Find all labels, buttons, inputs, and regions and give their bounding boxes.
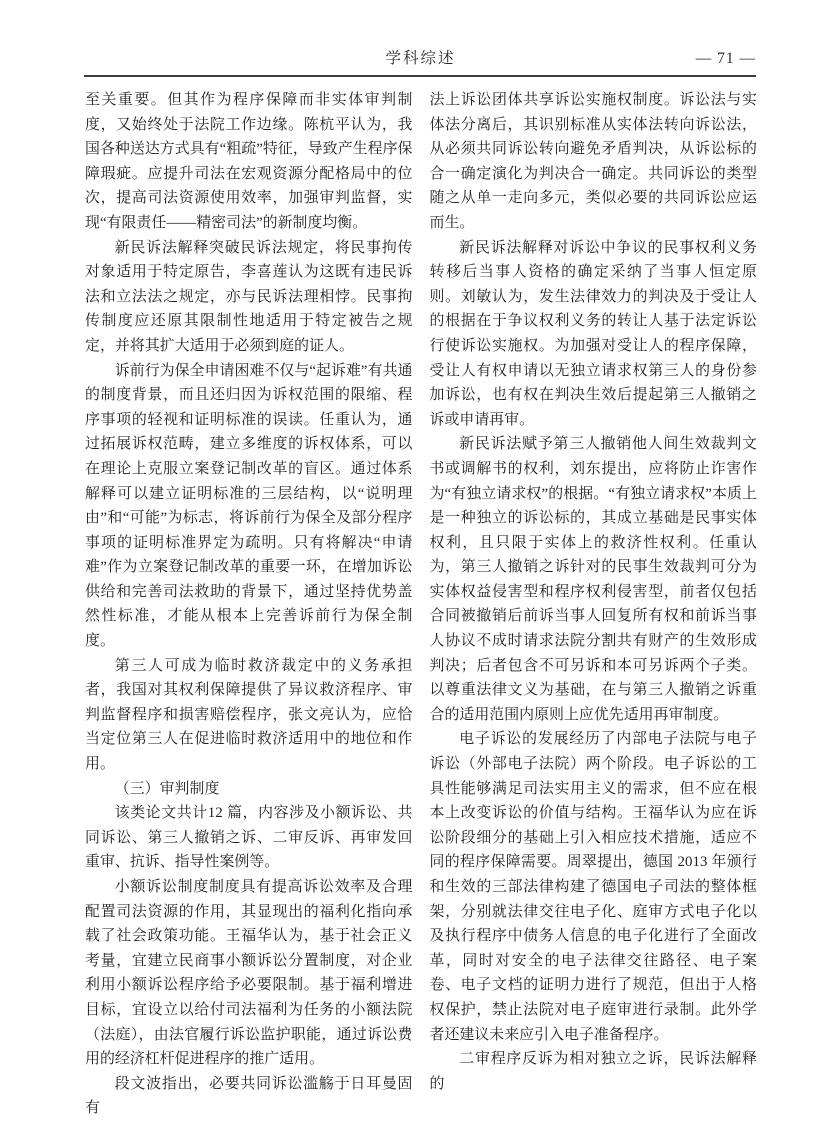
- left-column: 至关重要。但其作为程序保障而非实体审判制度，又始终处于法院工作边缘。陈杭平认为，…: [85, 88, 413, 1121]
- paragraph: 二审程序反诉为相对独立之诉，民诉法解释的: [430, 1047, 758, 1096]
- paragraph: 段文波指出，必要共同诉讼滥觞于日耳曼固有: [85, 1072, 413, 1121]
- running-head: 学科综述: [157, 46, 684, 68]
- journal-page: 学科综述 — 71 — 至关重要。但其作为程序保障而非实体审判制度，又始终处于法…: [0, 0, 839, 1135]
- paragraph: 电子诉讼的发展经历了内部电子法院与电子诉讼（外部电子法院）两个阶段。电子诉讼的工…: [430, 727, 758, 1047]
- paragraph: 新民诉法赋予第三人撤销他人间生效裁判文书或调解书的权利，刘东提出，应将防止诈害作…: [430, 432, 758, 727]
- page-number: — 71 —: [684, 50, 756, 68]
- paragraph: 新民诉法解释突破民诉法规定，将民事拘传对象适用于特定原告，李喜莲认为这既有违民诉…: [85, 236, 413, 359]
- paragraph: 法上诉讼团体共享诉讼实施权制度。诉讼法与实体法分离后，其识别标准从实体法转向诉讼…: [430, 88, 758, 236]
- right-column: 法上诉讼团体共享诉讼实施权制度。诉讼法与实体法分离后，其识别标准从实体法转向诉讼…: [430, 88, 758, 1121]
- paragraph: 该类论文共计12 篇，内容涉及小额诉讼、共同诉讼、第三人撤销之诉、二审反诉、再审…: [85, 801, 413, 875]
- header-rule: [84, 75, 756, 77]
- paragraph: 小额诉讼制度制度具有提高诉讼效率及合理配置司法资源的作用，其显现出的福利化指向承…: [85, 875, 413, 1072]
- paragraph: 诉前行为保全申请困难不仅与“起诉难”有共通的制度背景，而且还归因为诉权范围的限缩…: [85, 359, 413, 654]
- text-columns: 至关重要。但其作为程序保障而非实体审判制度，又始终处于法院工作边缘。陈杭平认为，…: [85, 88, 757, 1121]
- paragraph: 至关重要。但其作为程序保障而非实体审判制度，又始终处于法院工作边缘。陈杭平认为，…: [85, 88, 413, 236]
- section-heading: （三）审判制度: [85, 777, 413, 802]
- paragraph: 新民诉法解释对诉讼中争议的民事权利义务转移后当事人资格的确定采纳了当事人恒定原则…: [430, 236, 758, 433]
- paragraph: 第三人可成为临时救济裁定中的义务承担者，我国对其权利保障提供了异议救济程序、审判…: [85, 654, 413, 777]
- page-header: 学科综述 — 71 —: [85, 46, 756, 68]
